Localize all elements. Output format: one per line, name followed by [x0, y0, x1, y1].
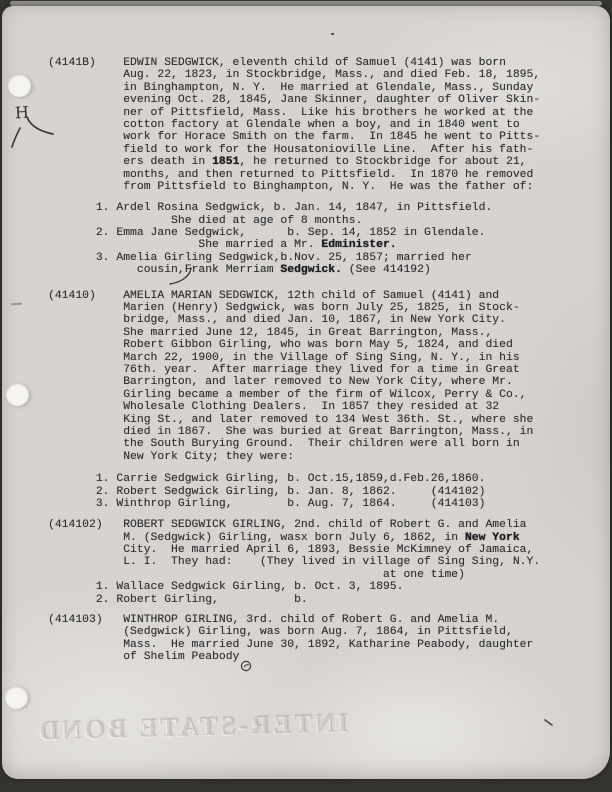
typewritten-line: work for Horace Smith on the farm. In 18…	[48, 131, 540, 143]
typewritten-line: Aug. 22, 1823, in Stockbridge, Mass., an…	[48, 69, 540, 81]
typewritten-line: 1. Ardel Rosina Sedgwick, b. Jan. 14, 18…	[48, 202, 540, 214]
typewritten-line: She died at age of 8 months.	[48, 215, 540, 227]
typewritten-line: 3. Amelia Girling Sedgwick,b.Nov. 25, 18…	[48, 252, 540, 264]
typewritten-line: (Sedgwick) Girling, was born Aug. 7, 186…	[48, 626, 540, 638]
typewritten-line: Marien (Henry) Sedgwick, was born July 2…	[48, 302, 540, 314]
typewritten-line: She married June 12, 1845, in Great Barr…	[48, 327, 540, 339]
typewritten-line: March 22, 1900, in the Village of Sing S…	[48, 352, 540, 364]
typewritten-line: M. (Sedgwick) Girling, wasx born July 6,…	[48, 532, 540, 544]
typewritten-line: Barrington, and later removed to New Yor…	[48, 376, 540, 388]
typewritten-line: died in 1867. She was buried at Great Ba…	[48, 426, 540, 438]
typewritten-line: 76th. year. After marriage they lived fo…	[48, 364, 540, 376]
children-list-41410: 1. Carrie Sedgwick Girling, b. Oct.15,18…	[48, 473, 540, 510]
typewritten-line: Mass. He married June 30, 1892, Katharin…	[48, 639, 540, 651]
typewritten-line: bridge, Mass., and died Jan. 10, 1867, i…	[48, 314, 540, 326]
punch-hole-bottom	[5, 686, 28, 709]
entry-41410: (41410) AMELIA MARIAN SEDGWICK, 12th chi…	[48, 290, 540, 463]
typewritten-line: at one time)	[48, 569, 540, 581]
typewritten-line: (4141B) EDWIN SEDGWICK, eleventh child o…	[48, 57, 540, 69]
typewritten-line: Robert Gibbon Girling, who was born May …	[48, 339, 540, 351]
typewritten-line: of Shelim Peabody	[48, 651, 540, 663]
typewritten-line: 1. Carrie Sedgwick Girling, b. Oct.15,18…	[48, 473, 540, 485]
typewritten-line: months, and then returned to Pittsfield.…	[48, 169, 540, 181]
punch-hole-top	[8, 74, 31, 97]
entry-4141B: (4141B) EDWIN SEDGWICK, eleventh child o…	[48, 57, 540, 193]
typewritten-line: (41410) AMELIA MARIAN SEDGWICK, 12th chi…	[48, 290, 540, 302]
punch-hole-middle	[6, 383, 29, 406]
typewritten-line: 2. Robert Girling, b.	[48, 594, 540, 606]
typewritten-line: City. He married April 6, 1893, Bessie M…	[48, 544, 540, 556]
typewritten-line: ner of Pittsfield, Mass. Like his brothe…	[48, 107, 540, 119]
typewritten-line: L. I. They had: (They lived in village o…	[48, 556, 540, 568]
typewritten-line: in Binghampton, N. Y. He married at Glen…	[48, 82, 540, 94]
typewritten-line: 2. Emma Jane Sedgwick, b. Sep. 14, 1852 …	[48, 227, 540, 239]
typewritten-line: 2. Robert Sedgwick Girling, b. Jan. 8, 1…	[48, 486, 540, 498]
typewritten-line: cousin,Frank Merriam Sedgwick. (See 4141…	[48, 264, 540, 276]
typewritten-text: (4141B) EDWIN SEDGWICK, eleventh child o…	[48, 57, 540, 664]
typewritten-line: evening Oct. 28, 1845, Jane Skinner, dau…	[48, 94, 540, 106]
typewritten-line: 1. Wallace Sedgwick Girling, b. Oct. 3, …	[48, 581, 540, 593]
typewritten-line: 3. Winthrop Girling, b. Aug. 7, 1864. (4…	[48, 498, 540, 510]
typewritten-line: King St., and later removed to 134 West …	[48, 414, 540, 426]
children-list-4141B: 1. Ardel Rosina Sedgwick, b. Jan. 14, 18…	[48, 202, 540, 276]
typewritten-line: ers death in 1851, he returned to Stockb…	[48, 156, 540, 168]
typewritten-line: Girling became a member of the firm of W…	[48, 389, 540, 401]
typewritten-line: cotton factory at Glendale when a boy, a…	[48, 119, 540, 131]
dust-speck	[331, 33, 334, 35]
scanned-page: INTER-STATE BOND (4141B) EDWIN SEDGWICK,…	[0, 0, 612, 792]
typewritten-line: (414103) WINTHROP GIRLING, 3rd. child of…	[48, 614, 540, 626]
typewritten-line: field to work for the Housatonioville Li…	[48, 144, 540, 156]
typewritten-line: the South Burying Ground. Their children…	[48, 438, 540, 450]
entry-414103: (414103) WINTHROP GIRLING, 3rd. child of…	[48, 614, 540, 664]
typewritten-line: (414102) ROBERT SEDGWICK GIRLING, 2nd. c…	[48, 519, 540, 531]
entry-414102: (414102) ROBERT SEDGWICK GIRLING, 2nd. c…	[48, 519, 540, 606]
typewritten-line: She married a Mr. Edminister.	[48, 239, 540, 251]
typewritten-line: New York City; they were:	[48, 451, 540, 463]
typewritten-line: Wholesale Clothing Dealers. In 1857 they…	[48, 401, 540, 413]
handwritten-letter-h: H	[15, 103, 30, 123]
typewritten-line: from Pittsfield to Binghampton, N. Y. He…	[48, 181, 540, 193]
